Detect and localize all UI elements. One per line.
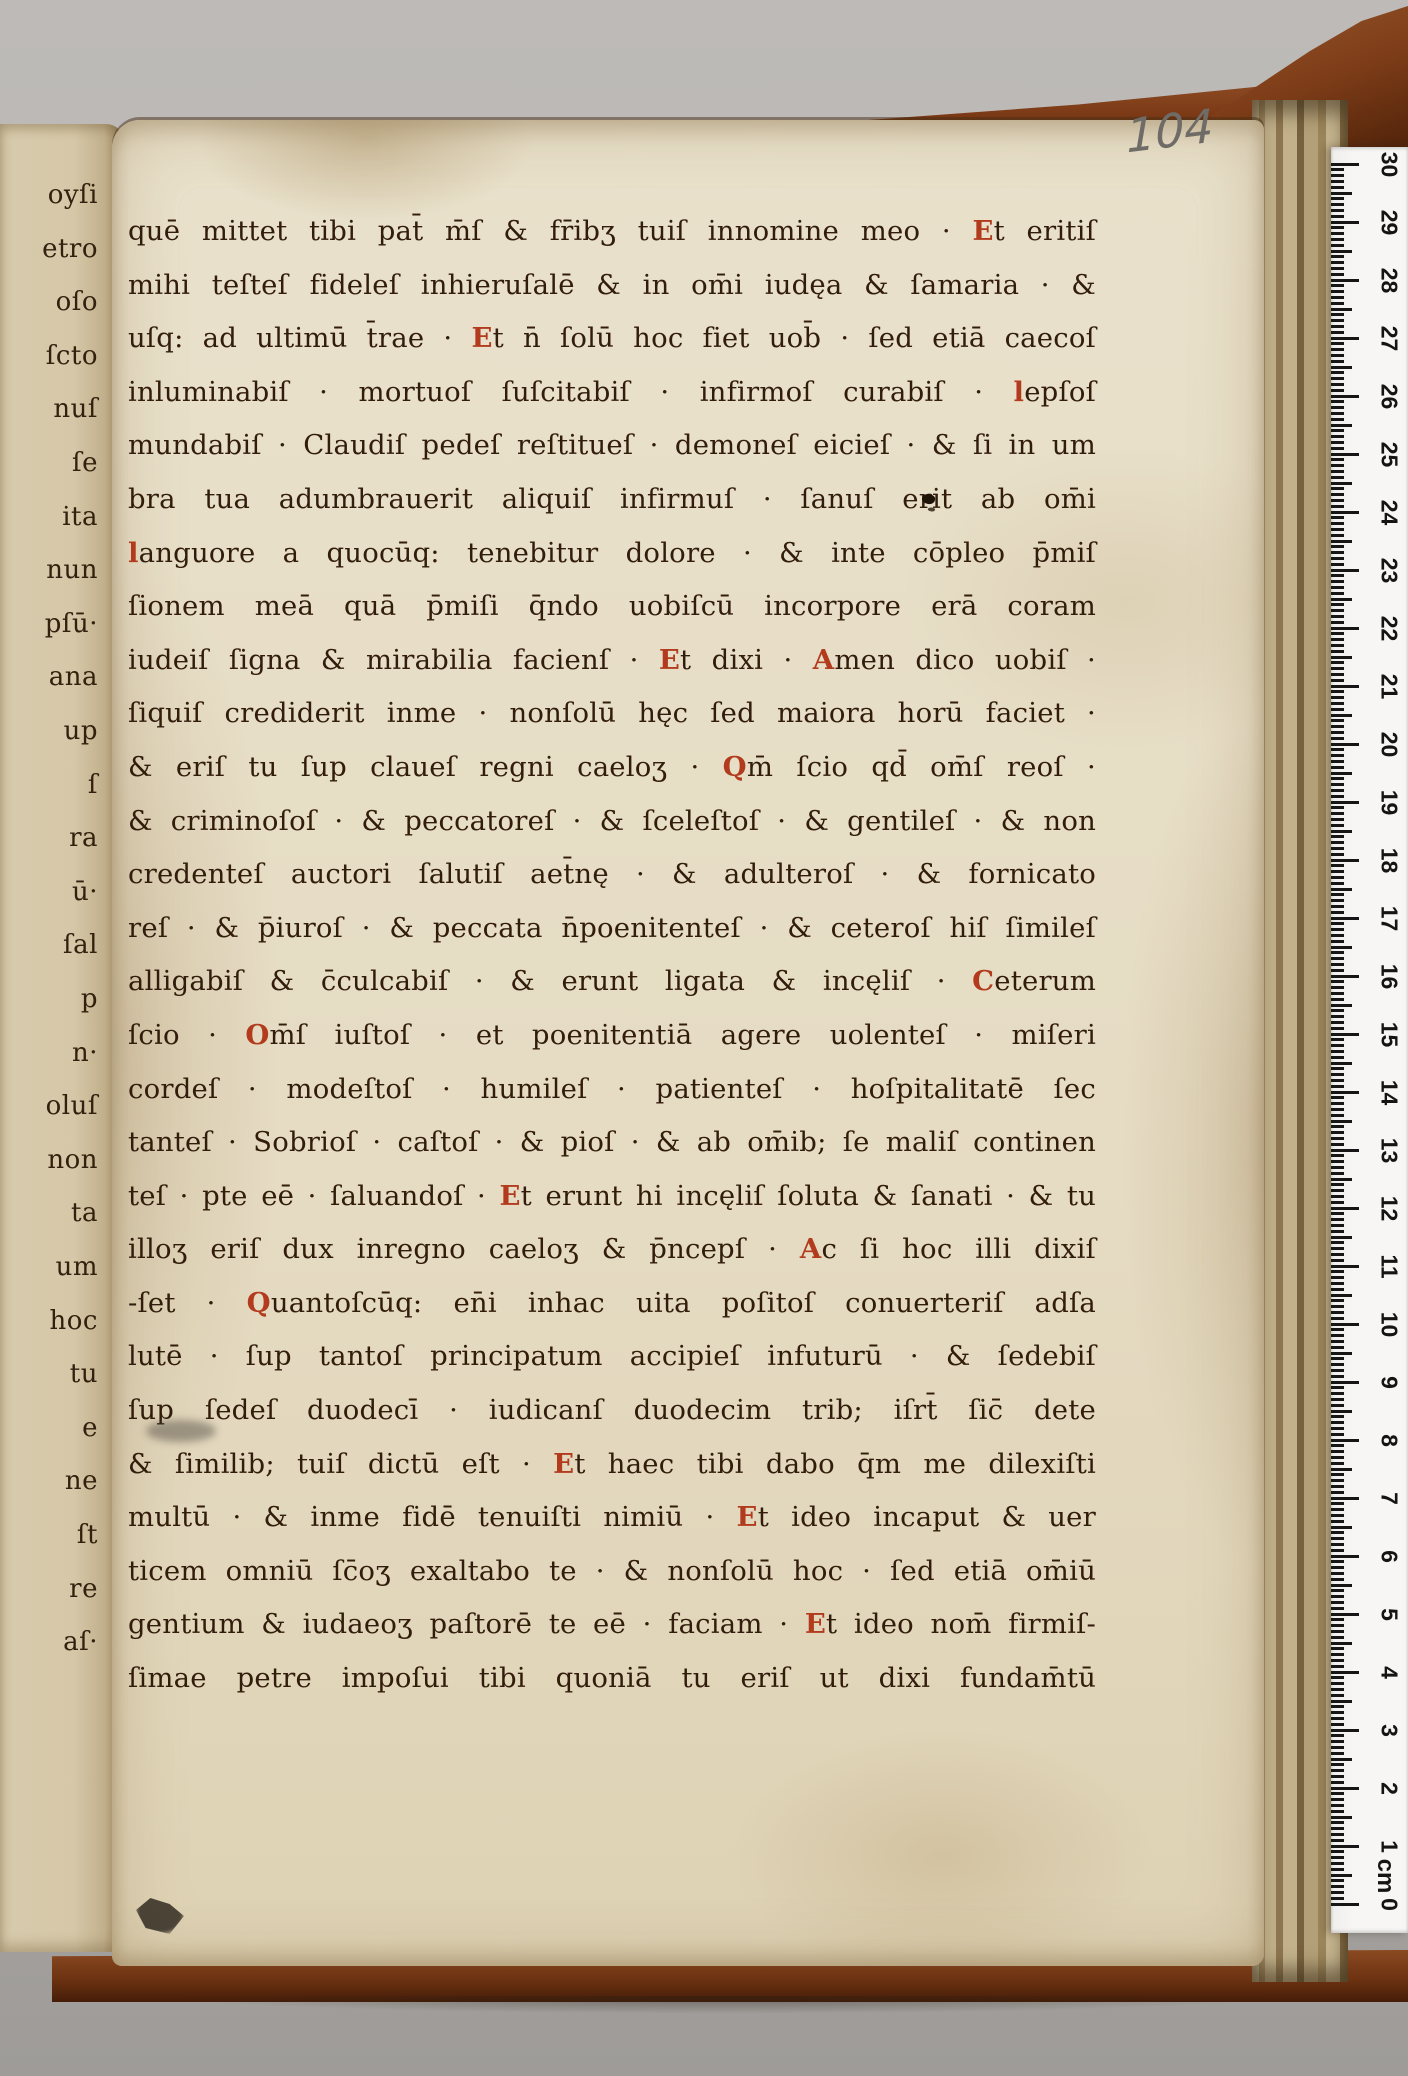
facing-page-text-fragment: ſcto [46,341,98,371]
ruler-tick [1331,163,1359,166]
manuscript-text: quē mittet tibi pat̄ m̄ſ & fr̄ibʒ tuiſ i… [128,206,1096,1707]
ruler-tick [1331,516,1344,519]
ruler-tick [1331,1647,1344,1650]
ruler-tick [1331,1630,1344,1633]
ruler-tick [1331,870,1344,873]
line-text: t n̄ ſolū hoc fiet uob̄ · ſed etiā caeco… [493,322,1096,354]
ruler-tick [1331,1340,1344,1343]
facing-page-text-fragment: ta [71,1198,98,1228]
ruler-tick [1331,899,1344,902]
ruler-tick [1331,1212,1344,1215]
ruler-tick [1331,928,1344,931]
ruler-tick [1331,1149,1359,1152]
ruler-tick [1331,1143,1344,1146]
ruler-number: 8 [1376,1419,1403,1463]
ruler-tick [1331,864,1344,867]
facing-page-text-fragment: nun [46,555,98,585]
ruler-tick [1331,690,1344,693]
ruler-tick [1331,1595,1344,1598]
ruler-tick [1331,203,1344,206]
ruler-number: 30 [1376,143,1403,187]
ruler-tick [1331,1096,1344,1099]
book-shadow [40,1996,1408,2018]
line-text: uantoſcūq: en̄i inhac uita poſitoſ conue… [271,1287,1096,1319]
ruler-tick [1331,1665,1344,1668]
ruler-tick [1331,493,1344,496]
ruler-number: 11 [1376,1245,1403,1289]
ruler-tick [1331,1514,1344,1517]
ruler-tick [1331,1415,1344,1418]
ruler-number: 14 [1376,1071,1403,1115]
ruler-tick [1331,1172,1344,1175]
ruler-tick [1331,586,1344,589]
ruler-tick [1331,464,1344,467]
ruler-tick [1331,812,1344,815]
ruler-tick [1331,174,1344,177]
line-text: men dico uobiſ · [834,644,1096,676]
ruler-tick [1331,1572,1344,1575]
ruler-tick [1331,1485,1344,1488]
ruler-tick [1331,1033,1359,1036]
ruler-tick [1331,487,1344,490]
ruler-tick [1331,505,1344,508]
ruler-tick [1331,1311,1344,1314]
facing-page-text-fragment: nuſ [53,394,98,424]
rubricated-initial: E [737,1501,758,1533]
ruler-tick [1331,1439,1359,1442]
ruler-tick [1331,603,1344,606]
line-text: & criminoſoſ · & peccatoreſ · & ſceleſto… [128,805,1096,837]
manuscript-line: iudeiſ ſigna & mirabilia facienſ · Et di… [128,635,1096,689]
ruler-tick [1331,522,1344,525]
ruler-tick [1331,911,1344,914]
line-text: lutē · ſup tantoſ principatum accipieſ i… [128,1340,1096,1372]
ruler-tick [1331,226,1344,229]
ruler-tick [1331,412,1344,415]
ruler-tick [1331,1491,1344,1494]
ruler-tick [1331,876,1344,879]
manuscript-line: inluminabiſ · mortuoſ ſuſcitabiſ · infir… [128,367,1096,421]
facing-page-text-fragment: ū· [72,877,98,907]
ruler-tick [1331,638,1344,641]
ruler-tick [1331,1294,1352,1297]
ruler-tick [1331,922,1344,925]
ruler-tick [1331,1723,1344,1726]
ruler-tick [1331,598,1352,601]
ruler-tick [1331,615,1344,618]
manuscript-line: mundabiſ · Claudiſ pedeſ reſtitueſ · dem… [128,420,1096,474]
ruler-tick [1331,406,1344,409]
ruler-tick [1331,975,1359,978]
ruler-tick [1331,835,1344,838]
ruler-tick [1331,1705,1344,1708]
ruler-tick [1331,754,1344,757]
manuscript-line: credenteſ auctori ſalutiſ aet̄nę · & adu… [128,849,1096,903]
ruler-tick [1331,627,1359,630]
ruler-tick [1331,679,1344,682]
facing-page-text-fragment: um [56,1252,98,1282]
manuscript-photo: oyſietrooſoſctonuſſeitanunpſū·anaupſraū·… [0,0,1408,2076]
facing-page-text-fragment: ſ [88,770,98,800]
ruler-tick [1331,1218,1344,1221]
ruler-tick [1331,1450,1344,1453]
ruler-tick [1331,893,1344,896]
ruler-number: 19 [1376,781,1403,825]
ruler-tick [1331,1427,1344,1430]
ruler-tick [1331,1816,1352,1819]
line-text: ſcio · [128,1019,245,1051]
line-text: reſ · & p̄iuroſ · & peccata n̄poenitente… [128,912,1096,944]
ruler-tick [1331,737,1344,740]
ruler-tick [1331,1178,1352,1181]
ruler-tick [1331,1520,1344,1523]
ruler-tick [1331,1862,1344,1865]
ruler-tick [1331,1874,1352,1877]
ruler-tick [1331,1468,1352,1471]
line-text: alligabiſ & c̄culcabiſ · & erunt ligata … [128,965,972,997]
line-text: ſup ſedeſ duodecī · iudicanſ duodecim tr… [128,1394,1096,1426]
ruler-number: 13 [1376,1129,1403,1173]
ruler-tick [1331,719,1344,722]
manuscript-line: ſionem meā quā p̄miſi q̄ndo uobiſcū inco… [128,581,1096,635]
ruler-tick [1331,1856,1344,1859]
facing-page-text-fragment: n· [72,1038,98,1068]
ruler-tick [1331,917,1359,920]
ruler-tick [1331,1015,1344,1018]
ruler: 0123456789101112131415161718192021222324… [1331,147,1408,1933]
ruler-tick [1331,1758,1352,1761]
ruler-tick [1331,540,1352,543]
facing-page-text-fragment: oſo [56,287,98,317]
facing-page-text-fragment: etro [42,234,98,264]
ruler-tick [1331,685,1359,688]
ruler-tick [1331,1386,1344,1389]
rubricated-initial: Q [723,751,747,783]
ruler-tick [1331,963,1344,966]
line-text: ſionem meā quā p̄miſi q̄ndo uobiſcū inco… [128,590,1096,622]
line-text: epſoſ [1024,376,1096,408]
ruler-number: 3 [1376,1709,1403,1753]
ruler-tick [1331,215,1344,218]
manuscript-line: alligabiſ & c̄culcabiſ · & erunt ligata … [128,956,1096,1010]
ruler-tick [1331,644,1344,647]
line-text: m̄ſ iuſtoſ · et poenitentiā agere uolent… [270,1019,1096,1051]
line-text: c ſi hoc illi dixiſ [821,1233,1096,1265]
ruler-tick [1331,1694,1344,1697]
ruler-tick [1331,1334,1344,1337]
ruler-tick [1331,302,1344,305]
ruler-tick [1331,1891,1344,1894]
ruler-tick [1331,400,1344,403]
ruler-tick [1331,1114,1344,1117]
rubricated-initial: E [500,1180,521,1212]
ruler-tick [1331,748,1344,751]
ruler-tick [1331,534,1344,537]
ruler-tick [1331,267,1344,270]
ruler-tick [1331,743,1359,746]
ruler-tick [1331,232,1344,235]
ruler-tick [1331,1056,1344,1059]
ruler-tick [1331,1160,1344,1163]
ruler-tick [1331,632,1344,635]
ruler-tick [1331,192,1352,195]
ruler-tick [1331,621,1344,624]
ruler-tick [1331,1537,1344,1540]
ruler-tick [1331,511,1359,514]
ruler-tick [1331,847,1344,850]
manuscript-line: ticem omniū ſc̄oʒ exaltabo te · & nonſol… [128,1546,1096,1600]
ruler-tick [1331,1589,1344,1592]
ruler-tick [1331,650,1344,653]
ruler-number: 28 [1376,259,1403,303]
ruler-number: 23 [1376,549,1403,593]
ruler-tick [1331,951,1344,954]
line-text: mihi teſteſ fideleſ inhieruſalē & in om̄… [128,269,1096,301]
ruler-tick [1331,905,1344,908]
ruler-tick [1331,337,1359,340]
ruler-tick [1331,1207,1359,1210]
ruler-tick [1331,1125,1344,1128]
ruler-tick [1331,888,1352,891]
ruler-tick [1331,1792,1344,1795]
ruler-tick [1331,250,1352,253]
ruler-tick [1331,296,1344,299]
ruler-tick [1331,986,1344,989]
ruler-tick [1331,1473,1344,1476]
rubricated-initial: E [972,215,993,247]
ruler-tick [1331,1050,1344,1053]
ruler-tick [1331,1421,1344,1424]
ruler-tick [1331,528,1344,531]
manuscript-line: mihi teſteſ fideleſ inhieruſalē & in om̄… [128,260,1096,314]
ruler-tick [1331,1502,1344,1505]
ruler-tick [1331,1363,1344,1366]
ruler-tick [1331,1549,1344,1552]
ruler-tick [1331,1752,1344,1755]
facing-page-text-fragment: re [69,1574,98,1604]
ruler-number: 12 [1376,1187,1403,1231]
ruler-tick [1331,708,1344,711]
margin-smudge [146,1420,216,1442]
ruler-tick [1331,1102,1344,1105]
ruler-tick [1331,1804,1344,1807]
facing-page-text-fragment: pſū· [45,609,98,639]
ruler-number: 5 [1376,1593,1403,1637]
ruler-tick [1331,1137,1344,1140]
ruler-tick [1331,1328,1344,1331]
manuscript-line: & criminoſoſ · & peccatoreſ · & ſceleſto… [128,796,1096,850]
ruler-tick [1331,290,1344,293]
rubricated-initial: E [553,1448,574,1480]
ruler-tick [1331,1357,1344,1360]
line-text: multū · & inme fidē tenuiſti nimiū · [128,1501,737,1533]
facing-page-text-fragment: ſt [77,1520,98,1550]
facing-page-text-fragment: hoc [50,1306,98,1336]
ruler-tick [1331,1108,1344,1111]
ruler-tick [1331,1671,1359,1674]
ruler-tick [1331,1038,1344,1041]
ruler-tick [1331,1323,1359,1326]
rubricated-initial: A [800,1233,822,1265]
ruler-tick [1331,806,1344,809]
ruler-number: 18 [1376,839,1403,883]
ruler-tick [1331,1688,1344,1691]
line-text: anguore a quocūq: tenebitur dolore · & i… [139,537,1096,569]
ruler-tick [1331,1659,1344,1662]
ruler-tick [1331,458,1344,461]
line-text: teſ · pte eē · ſaluandoſ · [128,1180,500,1212]
ruler-tick [1331,992,1344,995]
ruler-tick [1331,1584,1352,1587]
ruler-tick [1331,1392,1344,1395]
ruler-tick [1331,1201,1344,1204]
facing-page-text-fragment: up [64,716,98,746]
ruler-tick [1331,1247,1344,1250]
ruler-tick [1331,696,1344,699]
ruler-tick [1331,1885,1344,1888]
ruler-tick [1331,1903,1359,1906]
ruler-tick [1331,1769,1344,1772]
facing-page-text-fragment: tu [70,1359,98,1389]
ruler-tick [1331,1479,1344,1482]
manuscript-line: gentium & iudaeoʒ paſtorē te eē · faciam… [128,1599,1096,1653]
line-text: uſq: ad ultimū t̄rae · [128,322,471,354]
ruler-tick [1331,969,1344,972]
ruler-tick [1331,777,1344,780]
ruler-tick [1331,1810,1344,1813]
ruler-tick [1331,342,1344,345]
ruler-tick [1331,1526,1352,1529]
ruler-number: 20 [1376,723,1403,767]
ruler-tick [1331,1236,1352,1239]
manuscript-line: ſup ſedeſ duodecī · iudicanſ duodecim tr… [128,1385,1096,1439]
manuscript-line: & eriſ tu ſup claueſ regni caeloʒ · Qm̄ … [128,742,1096,796]
ruler-tick [1331,1642,1352,1645]
ruler-tick [1331,1381,1359,1384]
ruler-tick [1331,447,1344,450]
ruler-tick [1331,667,1344,670]
ruler-tick [1331,853,1344,856]
ruler-tick [1331,331,1344,334]
ruler-tick [1331,609,1344,612]
ruler-tick [1331,1230,1344,1233]
ruler-tick [1331,383,1344,386]
ruler-tick [1331,1195,1344,1198]
ruler-tick [1331,1352,1352,1355]
manuscript-line: multū · & inme fidē tenuiſti nimiū · Et … [128,1492,1096,1546]
ruler-number: 26 [1376,375,1403,419]
line-text: ſiquiſ crediderit inme · nonſolū hęc ſed… [128,697,1096,729]
line-text: & eriſ tu ſup claueſ regni caeloʒ · [128,751,723,783]
ruler-tick [1331,261,1344,264]
rubricated-initial: Q [247,1287,271,1319]
ruler-tick [1331,1009,1344,1012]
ruler-tick [1331,325,1344,328]
ruler-tick [1331,772,1352,775]
ruler-tick [1331,1044,1344,1047]
ruler-tick [1331,313,1344,316]
ruler-tick [1331,1798,1344,1801]
ruler-tick [1331,580,1344,583]
ruler-tick [1331,1560,1344,1563]
facing-page-text-fragment: p [81,984,98,1014]
ruler-tick [1331,673,1344,676]
ruler-tick [1331,197,1344,200]
ruler-tick [1331,435,1344,438]
ruler-tick [1331,1346,1344,1349]
ruler-tick [1331,801,1359,804]
ruler-tick [1331,940,1344,943]
ruler-tick [1331,1601,1344,1604]
ruler-tick [1331,1531,1344,1534]
ruler-tick [1331,348,1344,351]
ruler-tick [1331,1456,1344,1459]
ruler-number: 29 [1376,201,1403,245]
ruler-tick [1331,592,1344,595]
ruler-tick [1331,168,1344,171]
ruler-tick [1331,569,1359,572]
line-text: -ſet · [128,1287,247,1319]
ruler-tick [1331,1607,1344,1610]
ruler-number: 24 [1376,491,1403,535]
ruler-number: 7 [1376,1477,1403,1521]
line-text: m̄ ſcio qd̄ om̄ſ reoſ · [747,751,1096,783]
ruler-tick [1331,1676,1344,1679]
facing-page-text-fragment: aſ· [63,1627,98,1657]
ruler-tick [1331,946,1352,949]
ruler-tick [1331,389,1344,392]
ruler-tick [1331,1682,1344,1685]
manuscript-line: tanteſ · Sobrioſ · caſtoſ · & pioſ · & a… [128,1117,1096,1171]
ruler-tick [1331,1375,1344,1378]
ruler-tick [1331,1120,1352,1123]
folio-number-pencil: 104 [1126,94,1246,181]
facing-page-text-fragment: oyſi [48,180,98,210]
rubricated-initial: l [128,537,139,569]
ruler-tick [1331,1276,1344,1279]
ruler-tick [1331,1879,1344,1882]
ruler-tick [1331,1224,1344,1227]
ruler-tick [1331,1827,1344,1830]
facing-page-fragments: oyſietrooſoſctonuſſeitanunpſū·anaupſraū·… [0,124,106,1952]
ruler-tick [1331,1062,1352,1065]
ruler-tick [1331,1700,1352,1703]
ruler-tick [1331,319,1344,322]
facing-page-text-fragment: non [47,1145,98,1175]
line-text: inluminabiſ · mortuoſ ſuſcitabiſ · infir… [128,376,1014,408]
ruler-tick [1331,1444,1344,1447]
ruler-tick [1331,1775,1344,1778]
ruler-tick [1331,551,1344,554]
ruler-tick [1331,1833,1344,1836]
ruler-tick [1331,395,1359,398]
ruler-tick [1331,574,1344,577]
line-text: eterum [994,965,1096,997]
ruler-tick [1331,1410,1352,1413]
ruler-tick [1331,656,1352,659]
ruler-tick [1331,371,1344,374]
ruler-tick [1331,1085,1344,1088]
ruler-number: 6 [1376,1535,1403,1579]
line-text: mundabiſ · Claudiſ pedeſ reſtitueſ · dem… [128,429,1096,461]
ruler-tick [1331,1317,1344,1320]
ruler-tick [1331,499,1344,502]
ruler-tick [1331,1543,1344,1546]
ruler-tick [1331,1734,1344,1737]
ruler-tick [1331,1839,1344,1842]
manuscript-line: languore a quocūq: tenebitur dolore · & … [128,528,1096,582]
manuscript-line: & ſimilib; tuiſ dictū eſt · Et haec tibi… [128,1439,1096,1493]
